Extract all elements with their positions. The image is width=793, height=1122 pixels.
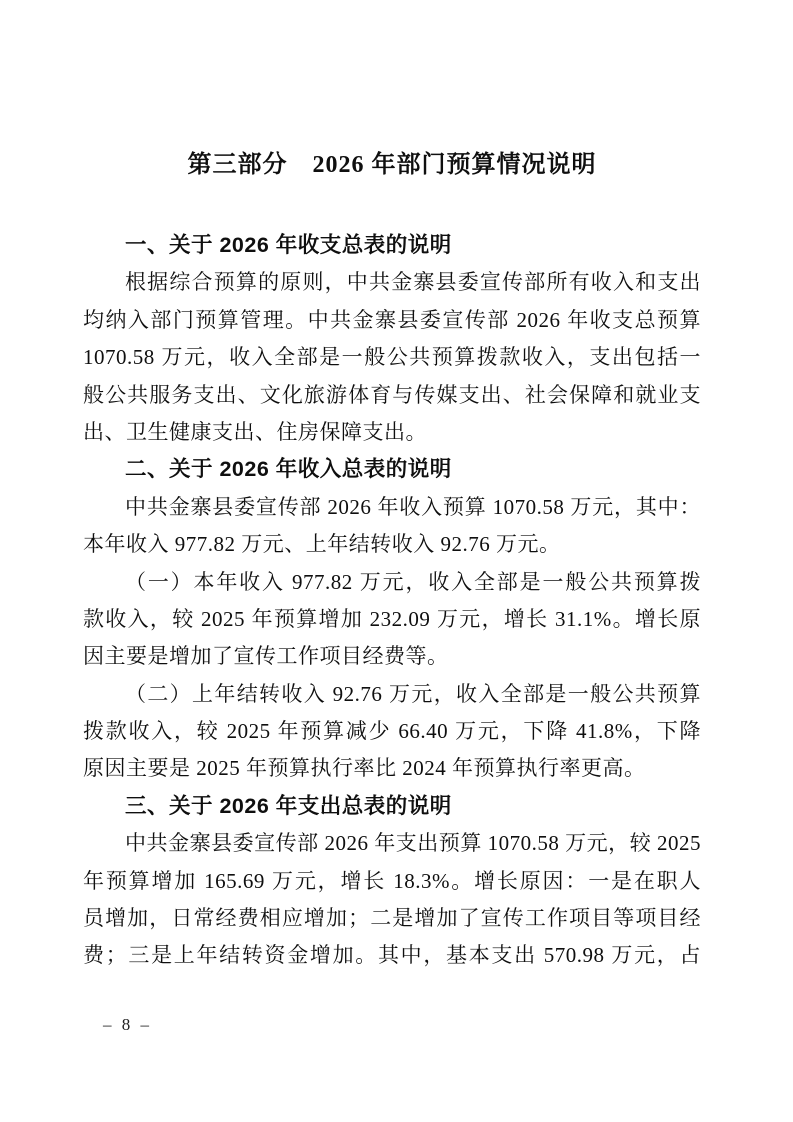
text-line: 根据综合预算的原则，中共金寨县委宣传部所有收入和支出 [83, 264, 701, 301]
document-page: 第三部分 2026 年部门预算情况说明 一、关于 2026 年收支总表的说明 根… [0, 0, 793, 1122]
text-line: 出、卫生健康支出、住房保障支出。 [83, 414, 701, 451]
text-line: 均纳入部门预算管理。中共金寨县委宣传部 2026 年收支总预算 [83, 302, 701, 339]
text-line: 般公共服务支出、文化旅游体育与传媒支出、社会保障和就业支 [83, 377, 701, 414]
document-body: 一、关于 2026 年收支总表的说明 根据综合预算的原则，中共金寨县委宣传部所有… [83, 227, 701, 975]
text-line: （二）上年结转收入 92.76 万元，收入全部是一般公共预算 [83, 676, 701, 713]
page-title: 第三部分 2026 年部门预算情况说明 [83, 144, 701, 179]
text-line: 款收入，较 2025 年预算增加 232.09 万元，增长 31.1%。增长原 [83, 601, 701, 638]
text-line: 中共金寨县委宣传部 2026 年收入预算 1070.58 万元，其中： [83, 489, 701, 526]
text-line: 拨款收入，较 2025 年预算减少 66.40 万元，下降 41.8%，下降 [83, 713, 701, 750]
text-line: （一）本年收入 977.82 万元，收入全部是一般公共预算拨 [83, 564, 701, 601]
text-line: 本年收入 977.82 万元、上年结转收入 92.76 万元。 [83, 526, 701, 563]
text-line: 中共金寨县委宣传部 2026 年支出预算 1070.58 万元，较 2025 [83, 825, 701, 862]
text-line: 1070.58 万元，收入全部是一般公共预算拨款收入，支出包括一 [83, 339, 701, 376]
text-line: 因主要是增加了宣传工作项目经费等。 [83, 638, 701, 675]
section-heading-1: 一、关于 2026 年收支总表的说明 [83, 227, 701, 264]
text-line: 原因主要是 2025 年预算执行率比 2024 年预算执行率更高。 [83, 750, 701, 787]
page-number: – 8 – [103, 1015, 152, 1035]
text-line: 年预算增加 165.69 万元，增长 18.3%。增长原因：一是在职人 [83, 863, 701, 900]
text-line: 员增加，日常经费相应增加；二是增加了宣传工作项目等项目经 [83, 900, 701, 937]
section-heading-3: 三、关于 2026 年支出总表的说明 [83, 788, 701, 825]
text-line: 费；三是上年结转资金增加。其中，基本支出 570.98 万元，占 [83, 937, 701, 974]
section-heading-2: 二、关于 2026 年收入总表的说明 [83, 451, 701, 488]
